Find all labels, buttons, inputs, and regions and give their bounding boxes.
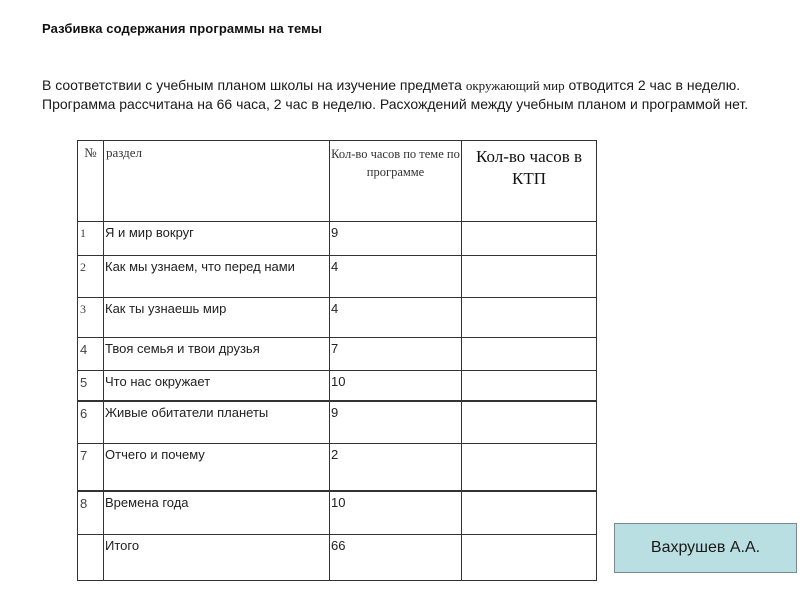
row-ktp	[462, 298, 597, 338]
intro-paragraph-2: Программа рассчитана на 66 часа, 2 час в…	[42, 95, 772, 113]
row-section: Времена года	[104, 491, 330, 535]
table-row: 4 Твоя семья и твои друзья 7	[78, 338, 597, 371]
subject-name: окружающий мир	[466, 78, 565, 93]
table-row: 6 Живые обитатели планеты 9	[78, 401, 597, 444]
header-program-hours: Кол-во часов по теме по программе	[330, 141, 462, 222]
row-section: Что нас окружает	[104, 371, 330, 401]
row-section: Твоя семья и твои друзья	[104, 338, 330, 371]
row-hours: 2	[330, 444, 462, 491]
row-ktp	[462, 401, 597, 444]
row-ktp	[462, 222, 597, 256]
row-section: Отчего и почему	[104, 444, 330, 491]
row-section: Как мы узнаем, что перед нами	[104, 256, 330, 298]
total-num	[78, 535, 104, 581]
row-num: 1	[78, 222, 104, 256]
row-num: 5	[78, 371, 104, 401]
row-num: 7	[78, 444, 104, 491]
row-num: 3	[78, 298, 104, 338]
row-hours: 4	[330, 256, 462, 298]
table-total-row: Итого 66	[78, 535, 597, 581]
table-row: 2 Как мы узнаем, что перед нами 4	[78, 256, 597, 298]
total-label: Итого	[104, 535, 330, 581]
intro-text-before: В соответствии с учебным планом школы на…	[42, 77, 466, 93]
intro-text-after: отводится 2 час в неделю.	[565, 77, 741, 93]
row-hours: 7	[330, 338, 462, 371]
row-ktp	[462, 371, 597, 401]
page-title: Разбивка содержания программы на темы	[42, 21, 322, 36]
row-hours: 9	[330, 222, 462, 256]
row-hours: 10	[330, 491, 462, 535]
intro-paragraph-1: В соответствии с учебным планом школы на…	[42, 76, 772, 95]
table-row: 3 Как ты узнаешь мир 4	[78, 298, 597, 338]
author-box: Вахрушев А.А.	[614, 523, 797, 573]
row-ktp	[462, 491, 597, 535]
total-ktp	[462, 535, 597, 581]
row-ktp	[462, 256, 597, 298]
header-num: №	[78, 141, 104, 222]
table-row: 1 Я и мир вокруг 9	[78, 222, 597, 256]
table-header-row: № раздел Кол-во часов по теме по програм…	[78, 141, 597, 222]
row-num: 4	[78, 338, 104, 371]
intro-text: В соответствии с учебным планом школы на…	[42, 76, 772, 113]
row-num: 2	[78, 256, 104, 298]
row-section: Живые обитатели планеты	[104, 401, 330, 444]
row-hours: 4	[330, 298, 462, 338]
row-num: 8	[78, 491, 104, 535]
table-row: 5 Что нас окружает 10	[78, 371, 597, 401]
curriculum-table: № раздел Кол-во часов по теме по програм…	[77, 140, 597, 581]
table-row: 8 Времена года 10	[78, 491, 597, 535]
row-ktp	[462, 444, 597, 491]
header-ktp-hours: Кол-во часов в КТП	[462, 141, 597, 222]
row-num: 6	[78, 401, 104, 444]
header-section: раздел	[104, 141, 330, 222]
row-ktp	[462, 338, 597, 371]
row-hours: 10	[330, 371, 462, 401]
total-hours: 66	[330, 535, 462, 581]
row-section: Как ты узнаешь мир	[104, 298, 330, 338]
row-hours: 9	[330, 401, 462, 444]
table-row: 7 Отчего и почему 2	[78, 444, 597, 491]
row-section: Я и мир вокруг	[104, 222, 330, 256]
